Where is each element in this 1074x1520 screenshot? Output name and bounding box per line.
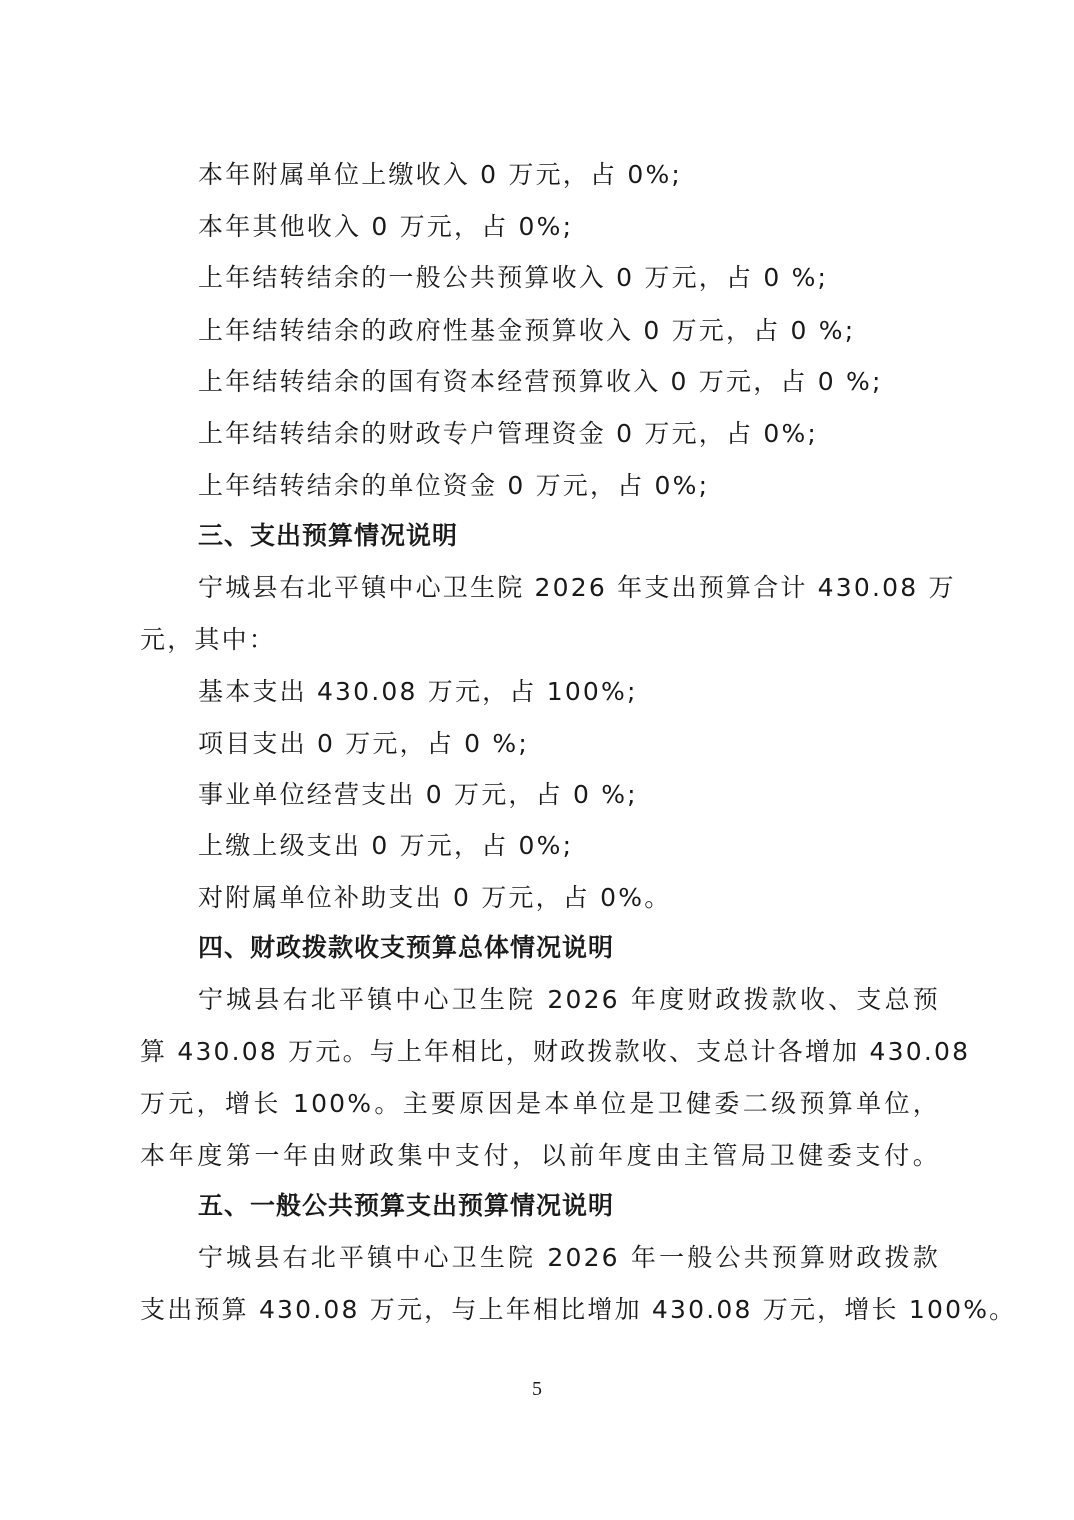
section4-paragraph-line-1: 宁城县右北平镇中心卫生院 2026 年度财政拨款收、支总预 bbox=[198, 980, 940, 1020]
expenditure-item-affiliated-subsidy: 对附属单位补助支出 0 万元，占 0%。 bbox=[198, 878, 940, 918]
section-heading-general-public-budget: 五、一般公共预算支出预算情况说明 bbox=[198, 1186, 940, 1226]
income-item-carryover-gov-fund: 上年结转结余的政府性基金预算收入 0 万元，占 0 %; bbox=[198, 311, 940, 351]
expenditure-item-business-operations: 事业单位经营支出 0 万元，占 0 %; bbox=[198, 775, 940, 815]
income-item-carryover-state-capital: 上年结转结余的国有资本经营预算收入 0 万元，占 0 %; bbox=[198, 362, 940, 402]
income-item-carryover-unit-funds: 上年结转结余的单位资金 0 万元，占 0%; bbox=[198, 466, 940, 506]
section-heading-fiscal-appropriation: 四、财政拨款收支预算总体情况说明 bbox=[198, 928, 940, 968]
page-number: 5 bbox=[0, 1378, 1074, 1401]
section4-paragraph-line-2: 算 430.08 万元。与上年相比，财政拨款收、支总计各增加 430.08 bbox=[140, 1032, 940, 1072]
income-item-carryover-special-account: 上年结转结余的财政专户管理资金 0 万元，占 0%; bbox=[198, 414, 940, 454]
expenditure-item-upper-level-remittance: 上缴上级支出 0 万元，占 0%; bbox=[198, 826, 940, 866]
expenditure-item-project: 项目支出 0 万元，占 0 %; bbox=[198, 724, 940, 764]
section5-paragraph-line-1: 宁城县右北平镇中心卫生院 2026 年一般公共预算财政拨款 bbox=[198, 1238, 940, 1278]
section-heading-expenditure-budget: 三、支出预算情况说明 bbox=[198, 516, 940, 556]
section5-paragraph-line-2: 支出预算 430.08 万元，与上年相比增加 430.08 万元，增长 100%… bbox=[140, 1290, 940, 1330]
section4-paragraph-line-4: 本年度第一年由财政集中支付，以前年度由主管局卫健委支付。 bbox=[140, 1136, 940, 1176]
document-page: 本年附属单位上缴收入 0 万元，占 0%; 本年其他收入 0 万元，占 0%; … bbox=[0, 0, 1074, 1520]
expenditure-item-basic: 基本支出 430.08 万元，占 100%; bbox=[198, 672, 940, 712]
section3-intro-line-1: 宁城县右北平镇中心卫生院 2026 年支出预算合计 430.08 万 bbox=[198, 568, 940, 608]
section3-intro-line-2: 元，其中： bbox=[140, 620, 940, 660]
section4-paragraph-line-3: 万元，增长 100%。主要原因是本单位是卫健委二级预算单位， bbox=[140, 1084, 940, 1124]
income-item-carryover-general-public: 上年结转结余的一般公共预算收入 0 万元，占 0 %; bbox=[198, 258, 940, 298]
income-item-affiliated-units: 本年附属单位上缴收入 0 万元，占 0%; bbox=[198, 155, 940, 195]
income-item-other: 本年其他收入 0 万元，占 0%; bbox=[198, 207, 940, 247]
